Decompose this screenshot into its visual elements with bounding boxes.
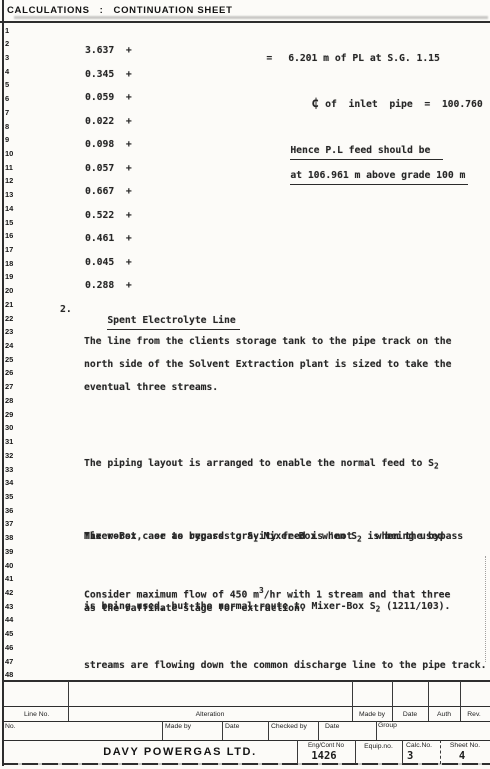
line-no-label: Line No. — [24, 711, 49, 718]
footer-divider — [402, 740, 403, 764]
line-number: 32 — [5, 449, 20, 463]
no-label: No. — [5, 723, 16, 730]
eng-cont-value: 1426 — [298, 750, 350, 762]
calc-value: 0.098 + — [85, 133, 132, 157]
calc-value: 0.345 + — [85, 63, 132, 87]
line-number: 34 — [5, 476, 20, 490]
line-number: 40 — [5, 559, 20, 573]
line-number: 31 — [5, 435, 20, 449]
footer-divider-dashed — [440, 740, 441, 764]
inlet-pipe-text: of inlet pipe = 100.760 — [319, 99, 482, 110]
line-number: 4 — [5, 65, 20, 79]
equip-no-label: Equip.no. — [355, 743, 402, 750]
date-label: Date — [392, 711, 428, 718]
paragraph-line: north side of the Solvent Extraction pla… — [84, 353, 451, 376]
footer-bottom-border — [2, 763, 490, 765]
footer-divider — [268, 721, 269, 740]
line-number: 38 — [5, 531, 20, 545]
paragraph-line: The piping layout is arranged to enable … — [84, 452, 443, 478]
paragraph-4: Consider maximum flow of 450 m3/hr with … — [84, 533, 486, 723]
calc-value-column: 3.637 +0.345 +0.059 +0.022 +0.098 +0.057… — [85, 39, 132, 298]
line-number: 1 — [5, 24, 20, 38]
line-number: 13 — [5, 188, 20, 202]
footer-rule-3 — [2, 740, 490, 741]
line-number: 17 — [5, 243, 20, 257]
line-number: 22 — [5, 312, 20, 326]
line-number: 18 — [5, 257, 20, 271]
checked-by-label: Checked by — [271, 723, 307, 730]
line-number: 8 — [5, 120, 20, 134]
line-number: 29 — [5, 408, 20, 422]
feed-note-line-2: at 106.961 m above grade 100 m — [267, 159, 468, 196]
calc-value: 0.022 + — [85, 110, 132, 134]
paragraph-line: The line from the clients storage tank t… — [84, 330, 451, 353]
line-number: 21 — [5, 298, 20, 312]
left-margin-rule — [2, 0, 4, 766]
footer-rule-2 — [2, 721, 490, 722]
company-name: DAVY POWERGAS LTD. — [30, 746, 330, 758]
line-number: 11 — [5, 161, 20, 175]
scan-smudge — [14, 16, 488, 19]
calc-value: 3.637 + — [85, 39, 132, 63]
line-number: 35 — [5, 490, 20, 504]
paragraph-line: eventual three streams. — [84, 376, 451, 399]
date-label-2: Date — [225, 723, 239, 730]
rev-label: Rev. — [460, 711, 488, 718]
line-number: 47 — [5, 655, 20, 669]
line-number: 9 — [5, 133, 20, 147]
calc-no-label: Calc.No. — [406, 742, 432, 749]
calc-value: 0.045 + — [85, 251, 132, 275]
paragraph-line: streams are flowing down the common disc… — [84, 654, 486, 677]
line-number: 14 — [5, 202, 20, 216]
line-number-column: 1234567891011121314151617181920212223242… — [5, 24, 20, 683]
line-number: 5 — [5, 78, 20, 92]
paragraph-line: Consider maximum flow of 450 m3/hr with … — [84, 579, 486, 607]
line-number: 36 — [5, 504, 20, 518]
equation-result-line: =6.201 m of PL at S.G. 1.15 — [243, 42, 440, 75]
line-number: 23 — [5, 325, 20, 339]
page-title: CALCULATIONS : CONTINUATION SHEET — [7, 5, 233, 16]
line-number: 19 — [5, 270, 20, 284]
line-number: 30 — [5, 421, 20, 435]
footer-divider — [376, 721, 377, 740]
line-number: 41 — [5, 572, 20, 586]
footer-rule-1 — [2, 706, 490, 707]
line-number: 20 — [5, 284, 20, 298]
scan-dotted-artifact — [485, 556, 486, 662]
line-number: 25 — [5, 353, 20, 367]
line-number: 42 — [5, 586, 20, 600]
line-number: 33 — [5, 463, 20, 477]
line-number: 27 — [5, 380, 20, 394]
calc-no-value: 3 — [407, 750, 413, 762]
line-number: 12 — [5, 174, 20, 188]
line-number: 16 — [5, 229, 20, 243]
inlet-pipe-line: ¢of inlet pipe = 100.760 — [288, 85, 483, 122]
calc-value: 0.059 + — [85, 86, 132, 110]
calc-value: 0.461 + — [85, 227, 132, 251]
footer-top-border — [2, 680, 490, 682]
line-number: 43 — [5, 600, 20, 614]
group-label: Group — [378, 722, 397, 729]
centerline-icon: ¢ — [311, 96, 319, 111]
line-number: 46 — [5, 641, 20, 655]
paragraph-1: The line from the clients storage tank t… — [84, 330, 451, 400]
line-number: 39 — [5, 545, 20, 559]
auth-label: Auth — [428, 711, 460, 718]
calc-value: 0.057 + — [85, 157, 132, 181]
footer-divider — [318, 721, 319, 740]
line-number: 28 — [5, 394, 20, 408]
line-number: 37 — [5, 517, 20, 531]
sheet-no-label: Sheet No. — [442, 742, 488, 749]
calc-value: 0.288 + — [85, 274, 132, 298]
equation-result: 6.201 m of PL at S.G. 1.15 — [272, 53, 440, 64]
sheet-no-value: 4 — [442, 750, 482, 762]
line-number: 2 — [5, 37, 20, 51]
eng-cont-label: Eng/Cont No — [298, 742, 354, 749]
calculation-continuation-sheet: CALCULATIONS : CONTINUATION SHEET 123456… — [0, 0, 490, 769]
line-number: 26 — [5, 366, 20, 380]
calc-value: 0.667 + — [85, 180, 132, 204]
line-number: 44 — [5, 613, 20, 627]
section-number: 2. — [60, 304, 72, 315]
line-number: 6 — [5, 92, 20, 106]
line-number: 7 — [5, 106, 20, 120]
line-number: 24 — [5, 339, 20, 353]
line-number: 10 — [5, 147, 20, 161]
made-by-label-2: Made by — [165, 723, 191, 730]
date-label-3: Date — [325, 723, 339, 730]
line-number: 45 — [5, 627, 20, 641]
footer-divider — [222, 721, 223, 740]
header-rule — [0, 21, 490, 23]
line-number: 3 — [5, 51, 20, 65]
footer-divider — [162, 721, 163, 740]
calc-value: 0.522 + — [85, 204, 132, 228]
line-number: 15 — [5, 216, 20, 230]
made-by-label: Made by — [352, 711, 392, 718]
alteration-label: Alteration — [68, 711, 352, 718]
